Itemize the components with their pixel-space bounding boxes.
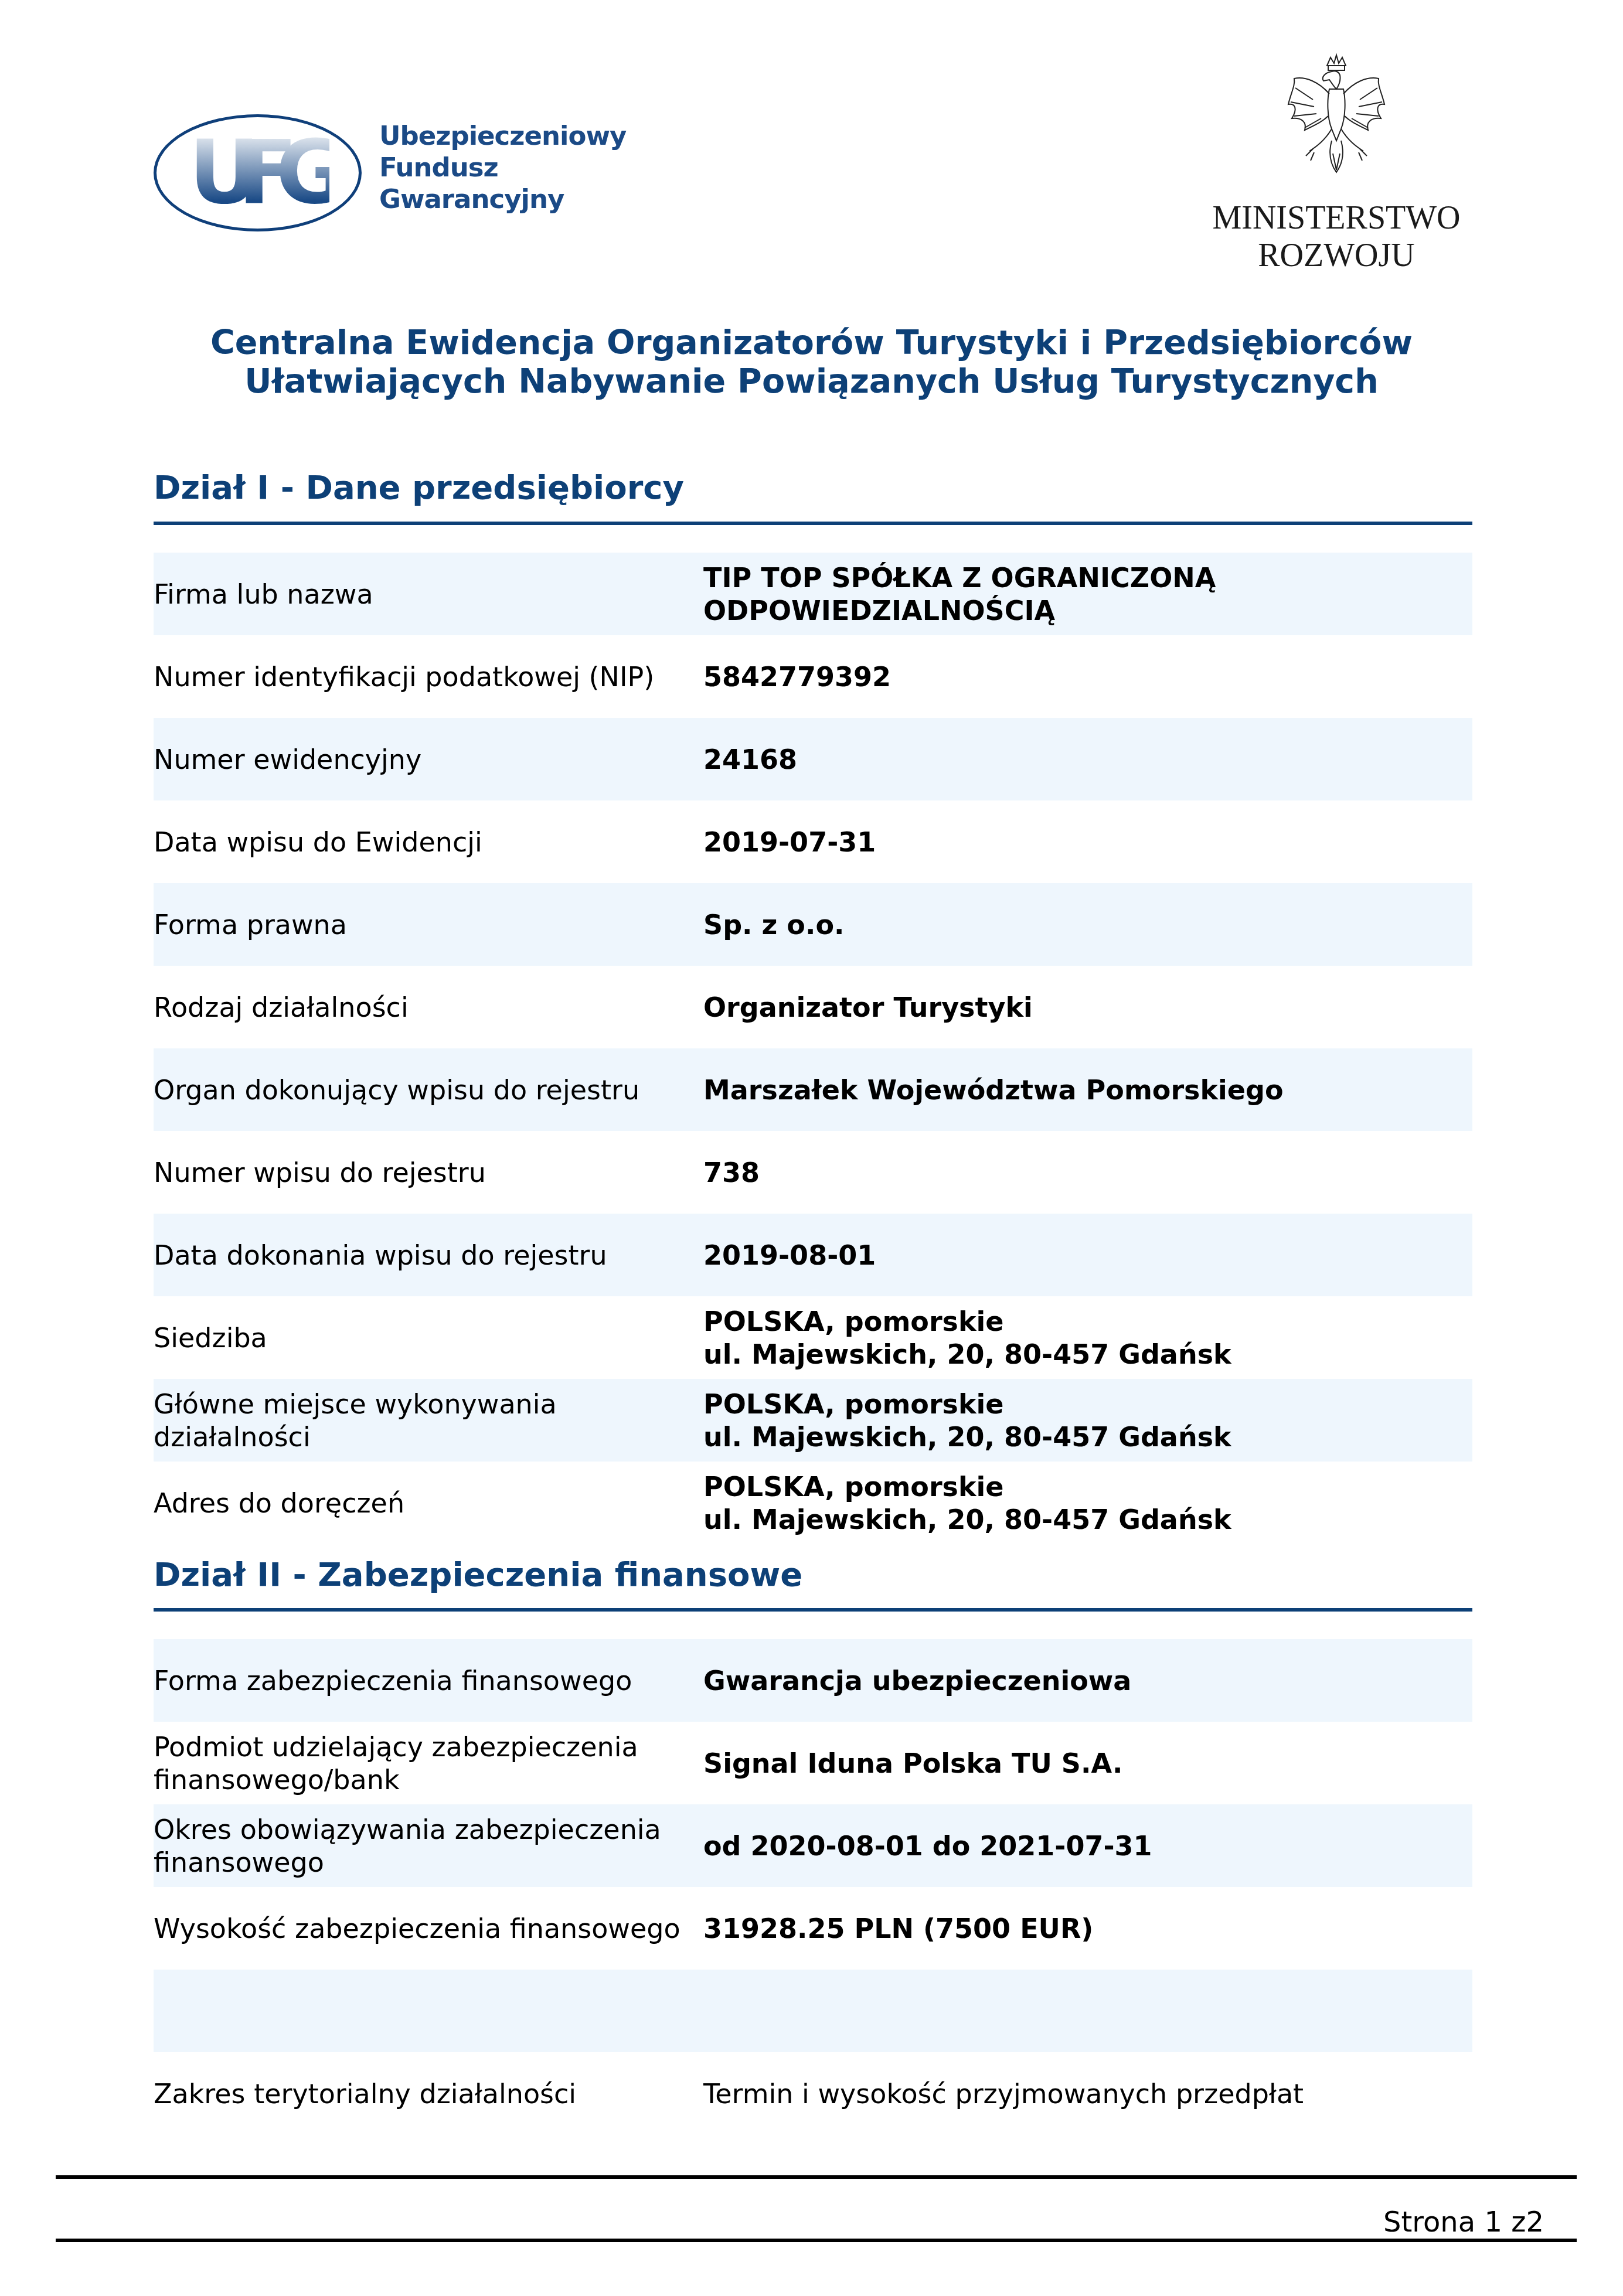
row-value: 5842779392	[703, 660, 1472, 693]
row-value: Sp. z o.o.	[703, 908, 1472, 941]
table-row: Forma zabezpieczenia finansowego Gwaranc…	[154, 1639, 1472, 1722]
footer-divider-top	[56, 2175, 1577, 2179]
row-value: Gwarancja ubezpieczeniowa	[703, 1664, 1472, 1697]
table-row: Organ dokonujący wpisu do rejestru Marsz…	[154, 1048, 1472, 1131]
row-label: Numer ewidencyjny	[154, 743, 703, 776]
ministry-logo: MINISTERSTWO ROZWOJU	[1190, 53, 1483, 275]
row-value: POLSKA, pomorskie ul. Majewskich, 20, 80…	[703, 1388, 1472, 1453]
row-label: Forma prawna	[154, 908, 703, 941]
table-row: Podmiot udzielający zabezpieczenia finan…	[154, 1722, 1472, 1804]
table-row: Wysokość zabezpieczenia finansowego 3192…	[154, 1887, 1472, 1970]
row-value: 31928.25 PLN (7500 EUR)	[703, 1912, 1472, 1945]
address-line: ul. Majewskich, 20, 80-457 Gdańsk	[703, 1503, 1472, 1536]
row-value: TIP TOP SPÓŁKA Z OGRANICZONĄ ODPOWIEDZIA…	[703, 561, 1472, 627]
row-value: Marszałek Województwa Pomorskiego	[703, 1074, 1472, 1106]
row-label: Data dokonania wpisu do rejestru	[154, 1239, 703, 1272]
document-title-line: Ułatwiających Nabywanie Powiązanych Usłu…	[0, 362, 1623, 401]
row-label: Zakres terytorialny działalności	[154, 2077, 703, 2110]
row-label: Organ dokonujący wpisu do rejestru	[154, 1074, 703, 1106]
table-row: Data dokonania wpisu do rejestru 2019-08…	[154, 1214, 1472, 1296]
ufg-logo-line: Fundusz	[379, 152, 626, 183]
section-heading-dane-przedsiebiorcy: Dział I - Dane przedsiębiorcy	[154, 469, 1472, 507]
row-value: Organizator Turystyki	[703, 991, 1472, 1024]
row-value: 738	[703, 1156, 1472, 1189]
row-value: od 2020-08-01 do 2021-07-31	[703, 1830, 1472, 1862]
address-line: ul. Majewskich, 20, 80-457 Gdańsk	[703, 1420, 1472, 1453]
ministry-name-line: MINISTERSTWO	[1190, 199, 1483, 237]
row-value: 2019-08-01	[703, 1239, 1472, 1272]
table-row: Numer ewidencyjny 24168	[154, 718, 1472, 800]
page-number: Strona 1 z2	[1383, 2205, 1544, 2240]
row-value: POLSKA, pomorskie ul. Majewskich, 20, 80…	[703, 1305, 1472, 1371]
table-row: Data wpisu do Ewidencji 2019-07-31	[154, 800, 1472, 883]
row-label: Forma zabezpieczenia finansowego	[154, 1664, 703, 1697]
row-label: Podmiot udzielający zabezpieczenia finan…	[154, 1730, 703, 1796]
row-label: Główne miejsce wykonywania działalności	[154, 1388, 703, 1453]
table-row: Rodzaj działalności Organizator Turystyk…	[154, 966, 1472, 1048]
footer-divider-bottom	[56, 2239, 1577, 2242]
row-label: Numer identyfikacji podatkowej (NIP)	[154, 660, 703, 693]
ufg-logo-mark: UFG	[189, 126, 329, 220]
row-label: Firma lub nazwa	[154, 578, 703, 611]
table-row: Forma prawna Sp. z o.o.	[154, 883, 1472, 966]
section-divider	[154, 1608, 1472, 1612]
ministry-name-line: ROZWOJU	[1190, 237, 1483, 274]
address-line: ul. Majewskich, 20, 80-457 Gdańsk	[703, 1338, 1472, 1371]
row-label: Wysokość zabezpieczenia finansowego	[154, 1912, 703, 1945]
row-label: Numer wpisu do rejestru	[154, 1156, 703, 1189]
polish-eagle-icon	[1278, 53, 1395, 199]
row-label: Siedziba	[154, 1321, 703, 1354]
ufg-logo-line: Ubezpieczeniowy	[379, 120, 626, 152]
row-label: Okres obowiązywania zabezpieczenia finan…	[154, 1813, 703, 1879]
row-label: Rodzaj działalności	[154, 991, 703, 1024]
ufg-logo-text: Ubezpieczeniowy Fundusz Gwarancyjny	[379, 120, 626, 215]
document-title-line: Centralna Ewidencja Organizatorów Turyst…	[0, 323, 1623, 362]
table-row: Okres obowiązywania zabezpieczenia finan…	[154, 1804, 1472, 1887]
table-row: Numer identyfikacji podatkowej (NIP) 584…	[154, 635, 1472, 718]
address-line: POLSKA, pomorskie	[703, 1388, 1472, 1420]
row-value: 2019-07-31	[703, 826, 1472, 859]
row-value: Signal Iduna Polska TU S.A.	[703, 1747, 1472, 1780]
section-divider	[154, 522, 1472, 525]
address-line: POLSKA, pomorskie	[703, 1470, 1472, 1503]
ministry-name: MINISTERSTWO ROZWOJU	[1190, 199, 1483, 274]
row-value: 24168	[703, 743, 1472, 776]
row-value: POLSKA, pomorskie ul. Majewskich, 20, 80…	[703, 1470, 1472, 1536]
table-row: Numer wpisu do rejestru 738	[154, 1131, 1472, 1214]
row-label: Data wpisu do Ewidencji	[154, 826, 703, 859]
table-row: Zakres terytorialny działalności Termin …	[154, 2052, 1472, 2135]
table-row-empty	[154, 1970, 1472, 2052]
row-value: Termin i wysokość przyjmowanych przedpła…	[703, 2077, 1472, 2110]
address-line: POLSKA, pomorskie	[703, 1305, 1472, 1338]
document-title: Centralna Ewidencja Organizatorów Turyst…	[0, 323, 1623, 401]
table-row: Firma lub nazwa TIP TOP SPÓŁKA Z OGRANIC…	[154, 553, 1472, 635]
table-row: Siedziba POLSKA, pomorskie ul. Majewskic…	[154, 1296, 1472, 1379]
row-label: Adres do doręczeń	[154, 1487, 703, 1520]
table-row: Główne miejsce wykonywania działalności …	[154, 1379, 1472, 1462]
ufg-logo: UFG Ubezpieczeniowy Fundusz Gwarancyjny	[154, 108, 634, 234]
table-row: Adres do doręczeń POLSKA, pomorskie ul. …	[154, 1462, 1472, 1544]
ufg-logo-line: Gwarancyjny	[379, 183, 626, 215]
section-heading-zabezpieczenia-finansowe: Dział II - Zabezpieczenia finansowe	[154, 1556, 1472, 1594]
